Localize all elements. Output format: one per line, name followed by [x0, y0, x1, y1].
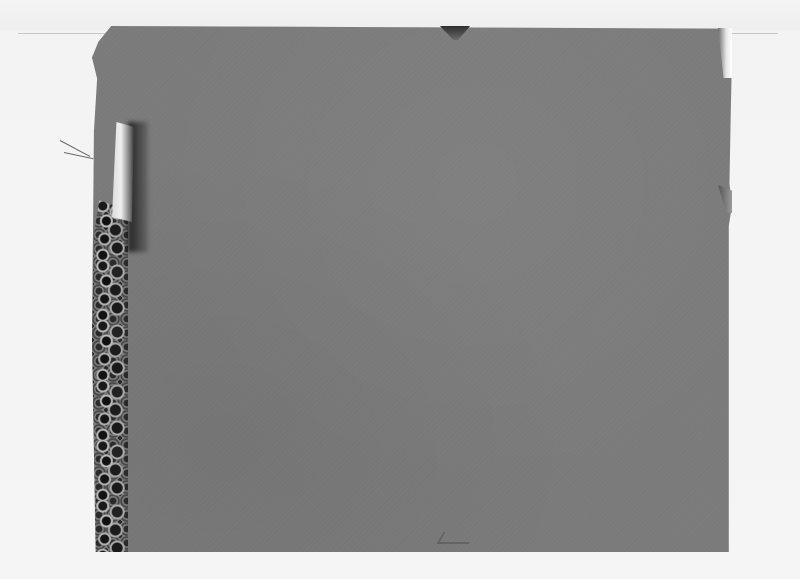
marbled-spine: [92, 200, 128, 552]
book-cover: [92, 26, 732, 552]
loose-fibers: [60, 130, 100, 170]
